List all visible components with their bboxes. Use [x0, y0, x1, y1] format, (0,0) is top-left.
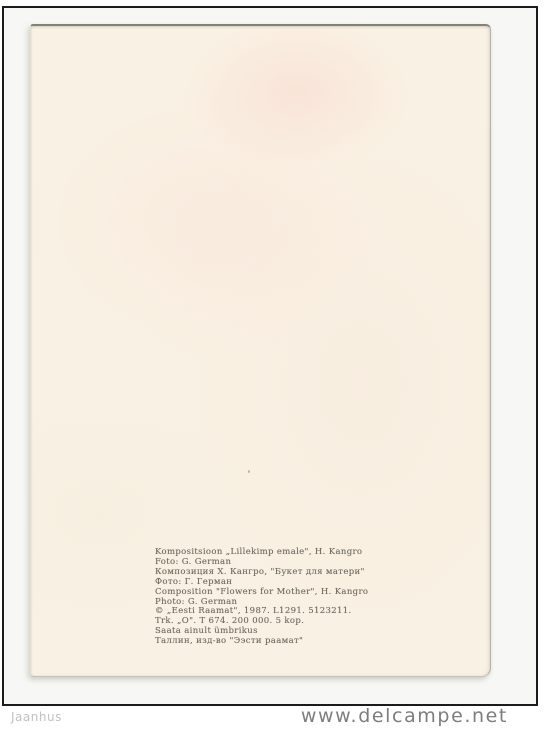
watermark-delcampe: www.delcampe.net — [301, 705, 508, 727]
postcard-back: Kompositsioon „Lillekimp emale", H. Kang… — [30, 24, 491, 677]
paper-speck — [248, 470, 250, 473]
credit-line-tallinn: Таллин, изд-во "Ээсти раамат" — [155, 637, 368, 647]
publisher-credits: Kompositsioon „Lillekimp emale", H. Kang… — [155, 548, 368, 647]
scan-border-frame: Kompositsioon „Lillekimp emale", H. Kang… — [2, 6, 538, 706]
watermark-seller-jaanhus: Jaanhus — [11, 710, 62, 724]
scanned-postcard-image: Kompositsioon „Lillekimp emale", H. Kang… — [0, 0, 544, 730]
